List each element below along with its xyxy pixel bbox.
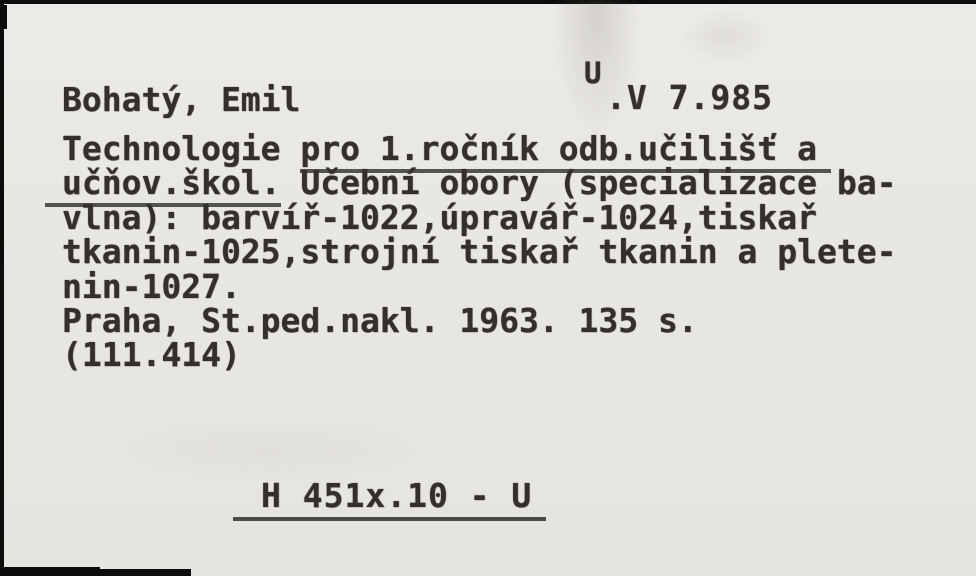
series-number: (111.414) [62, 338, 896, 372]
shelf-mark: H 451x.10 - U [233, 478, 546, 521]
scan-edge-left-notch [0, 5, 7, 29]
title-line-3: vlna): barvíř-1022,úpravář-1024,tiskař [62, 201, 896, 235]
scan-edge-left [0, 0, 4, 576]
paper-smudge [680, 8, 770, 64]
paper-smudge [120, 420, 420, 480]
scan-edge-top [0, 0, 976, 4]
title-block: Technologie pro 1.ročník odb.učilišť a u… [62, 132, 896, 373]
title-line-2: učňov.škol. Učební obory (specializace b… [62, 166, 896, 200]
classification-letter: U [584, 56, 601, 90]
title-line-1: Technologie pro 1.ročník odb.učilišť a [62, 132, 896, 166]
shelf-mark-text: H 451x.10 - U [261, 476, 532, 515]
scan-edge-bottom-left-thick [0, 567, 100, 576]
call-number: .V 7.985 [606, 78, 773, 117]
author-heading: Bohatý, Emil [62, 80, 300, 119]
catalog-card: Bohatý, Emil U .V 7.985 Technologie pro … [0, 0, 976, 576]
title-text: Technologie [62, 129, 300, 168]
imprint-line: Praha, St.ped.nakl. 1963. 135 s. [62, 304, 896, 338]
title-line-4: tkanin-1025,strojní tiskař tkanin a plet… [62, 235, 896, 269]
title-line-5: nin-1027. [62, 270, 896, 304]
title-text: Učební obory (specializace ba- [281, 163, 897, 202]
